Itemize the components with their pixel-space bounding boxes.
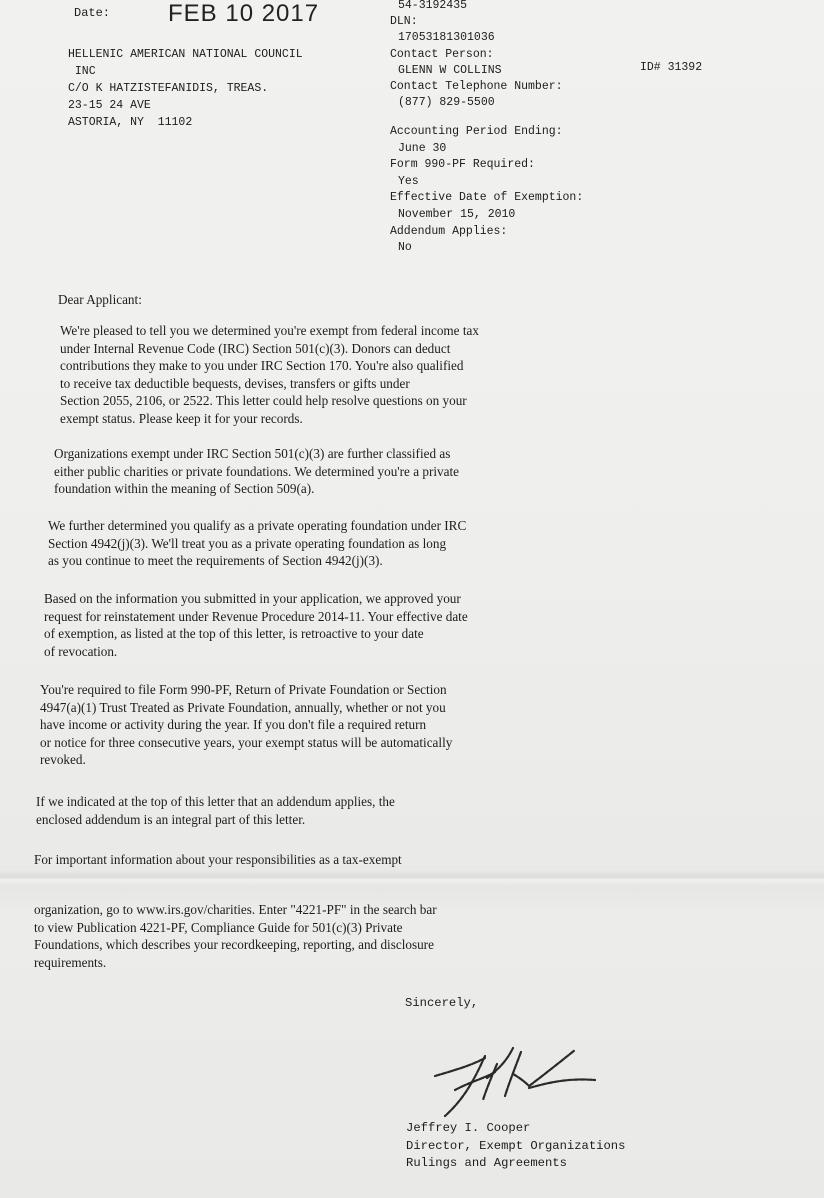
text-line: For important information about your res… bbox=[34, 851, 794, 869]
addressee-line: 23-15 24 AVE bbox=[68, 97, 303, 114]
text-line: of revocation. bbox=[44, 643, 804, 661]
form-required-label: Form 990-PF Required: bbox=[390, 157, 583, 174]
addressee-line: HELLENIC AMERICAN NATIONAL COUNCIL bbox=[68, 46, 303, 63]
text-line: organization, go to www.irs.gov/charitie… bbox=[34, 901, 794, 919]
date-label: Date: bbox=[74, 6, 110, 20]
text-line: Section 2055, 2106, or 2522. This letter… bbox=[60, 392, 820, 410]
text-line: Foundations, which describes your record… bbox=[34, 936, 794, 954]
text-line: Section 4942(j)(3). We'll treat you as a… bbox=[48, 535, 808, 553]
dln-value: 17053181301036 bbox=[390, 30, 563, 46]
text-line: Based on the information you submitted i… bbox=[44, 590, 804, 608]
text-line: foundation within the meaning of Section… bbox=[54, 480, 814, 498]
addendum-label: Addendum Applies: bbox=[390, 224, 583, 241]
signature-image bbox=[425, 1038, 625, 1128]
signer-block: Jeffrey I. Cooper Director, Exempt Organ… bbox=[406, 1120, 625, 1173]
text-line: exempt status. Please keep it for your r… bbox=[60, 410, 820, 428]
paragraph-responsibilities-start: For important information about your res… bbox=[34, 851, 794, 869]
text-line: enclosed addendum is an integral part of… bbox=[36, 811, 796, 829]
dln-label: DLN: bbox=[390, 14, 563, 30]
date-stamp: FEB 10 2017 bbox=[168, 0, 319, 28]
contact-id: ID# 31392 bbox=[640, 61, 702, 74]
accounting-period-value: June 30 bbox=[390, 141, 583, 158]
paragraph-exemption: We're pleased to tell you we determined … bbox=[60, 322, 820, 427]
text-line: either public charities or private found… bbox=[54, 463, 814, 481]
paragraph-addendum: If we indicated at the top of this lette… bbox=[36, 793, 796, 828]
exemption-details-block: Accounting Period Ending: June 30 Form 9… bbox=[390, 124, 583, 257]
text-line: to view Publication 4221-PF, Compliance … bbox=[34, 919, 794, 937]
reference-block: 54-3192435 DLN: 17053181301036 Contact P… bbox=[390, 0, 563, 111]
paragraph-reinstatement: Based on the information you submitted i… bbox=[44, 590, 804, 660]
text-line: of exemption, as listed at the top of th… bbox=[44, 625, 804, 643]
text-line: requirements. bbox=[34, 954, 794, 972]
effective-date-label: Effective Date of Exemption: bbox=[390, 190, 583, 207]
paragraph-filing-requirement: You're required to file Form 990-PF, Ret… bbox=[40, 681, 800, 769]
addressee-line: C/O K HATZISTEFANIDIS, TREAS. bbox=[68, 80, 303, 97]
text-line: request for reinstatement under Revenue … bbox=[44, 608, 804, 626]
paper-fold-crease bbox=[0, 870, 824, 886]
text-line: have income or activity during the year.… bbox=[40, 716, 800, 734]
text-line: to receive tax deductible bequests, devi… bbox=[60, 375, 820, 393]
text-line: under Internal Revenue Code (IRC) Sectio… bbox=[60, 340, 820, 358]
addressee-line: INC bbox=[68, 63, 303, 80]
addendum-value: No bbox=[390, 240, 583, 257]
accounting-period-label: Accounting Period Ending: bbox=[390, 124, 583, 141]
contact-person-value: GLENN W COLLINS bbox=[390, 63, 563, 79]
text-line: You're required to file Form 990-PF, Ret… bbox=[40, 681, 800, 699]
text-line: If we indicated at the top of this lette… bbox=[36, 793, 796, 811]
ein: 54-3192435 bbox=[390, 0, 563, 14]
text-line: We're pleased to tell you we determined … bbox=[60, 322, 820, 340]
salutation: Dear Applicant: bbox=[58, 292, 142, 308]
addressee-line: ASTORIA, NY 11102 bbox=[68, 114, 303, 131]
paragraph-classification: Organizations exempt under IRC Section 5… bbox=[54, 445, 814, 498]
contact-phone-value: (877) 829-5500 bbox=[390, 95, 563, 111]
addressee-block: HELLENIC AMERICAN NATIONAL COUNCIL INC C… bbox=[68, 46, 303, 131]
effective-date-value: November 15, 2010 bbox=[390, 207, 583, 224]
signer-name: Jeffrey I. Cooper bbox=[406, 1120, 625, 1138]
signer-title: Director, Exempt Organizations bbox=[406, 1138, 625, 1156]
contact-person-label: Contact Person: bbox=[390, 47, 563, 63]
contact-phone-label: Contact Telephone Number: bbox=[390, 79, 563, 95]
text-line: contributions they make to you under IRC… bbox=[60, 357, 820, 375]
text-line: Organizations exempt under IRC Section 5… bbox=[54, 445, 814, 463]
closing: Sincerely, bbox=[405, 996, 478, 1010]
text-line: or notice for three consecutive years, y… bbox=[40, 734, 800, 752]
paragraph-responsibilities-continued: organization, go to www.irs.gov/charitie… bbox=[34, 901, 794, 971]
signer-department: Rulings and Agreements bbox=[406, 1155, 625, 1173]
paragraph-operating-foundation: We further determined you qualify as a p… bbox=[48, 517, 808, 570]
text-line: revoked. bbox=[40, 751, 800, 769]
text-line: We further determined you qualify as a p… bbox=[48, 517, 808, 535]
text-line: as you continue to meet the requirements… bbox=[48, 552, 808, 570]
text-line: 4947(a)(1) Trust Treated as Private Foun… bbox=[40, 699, 800, 717]
form-required-value: Yes bbox=[390, 174, 583, 191]
